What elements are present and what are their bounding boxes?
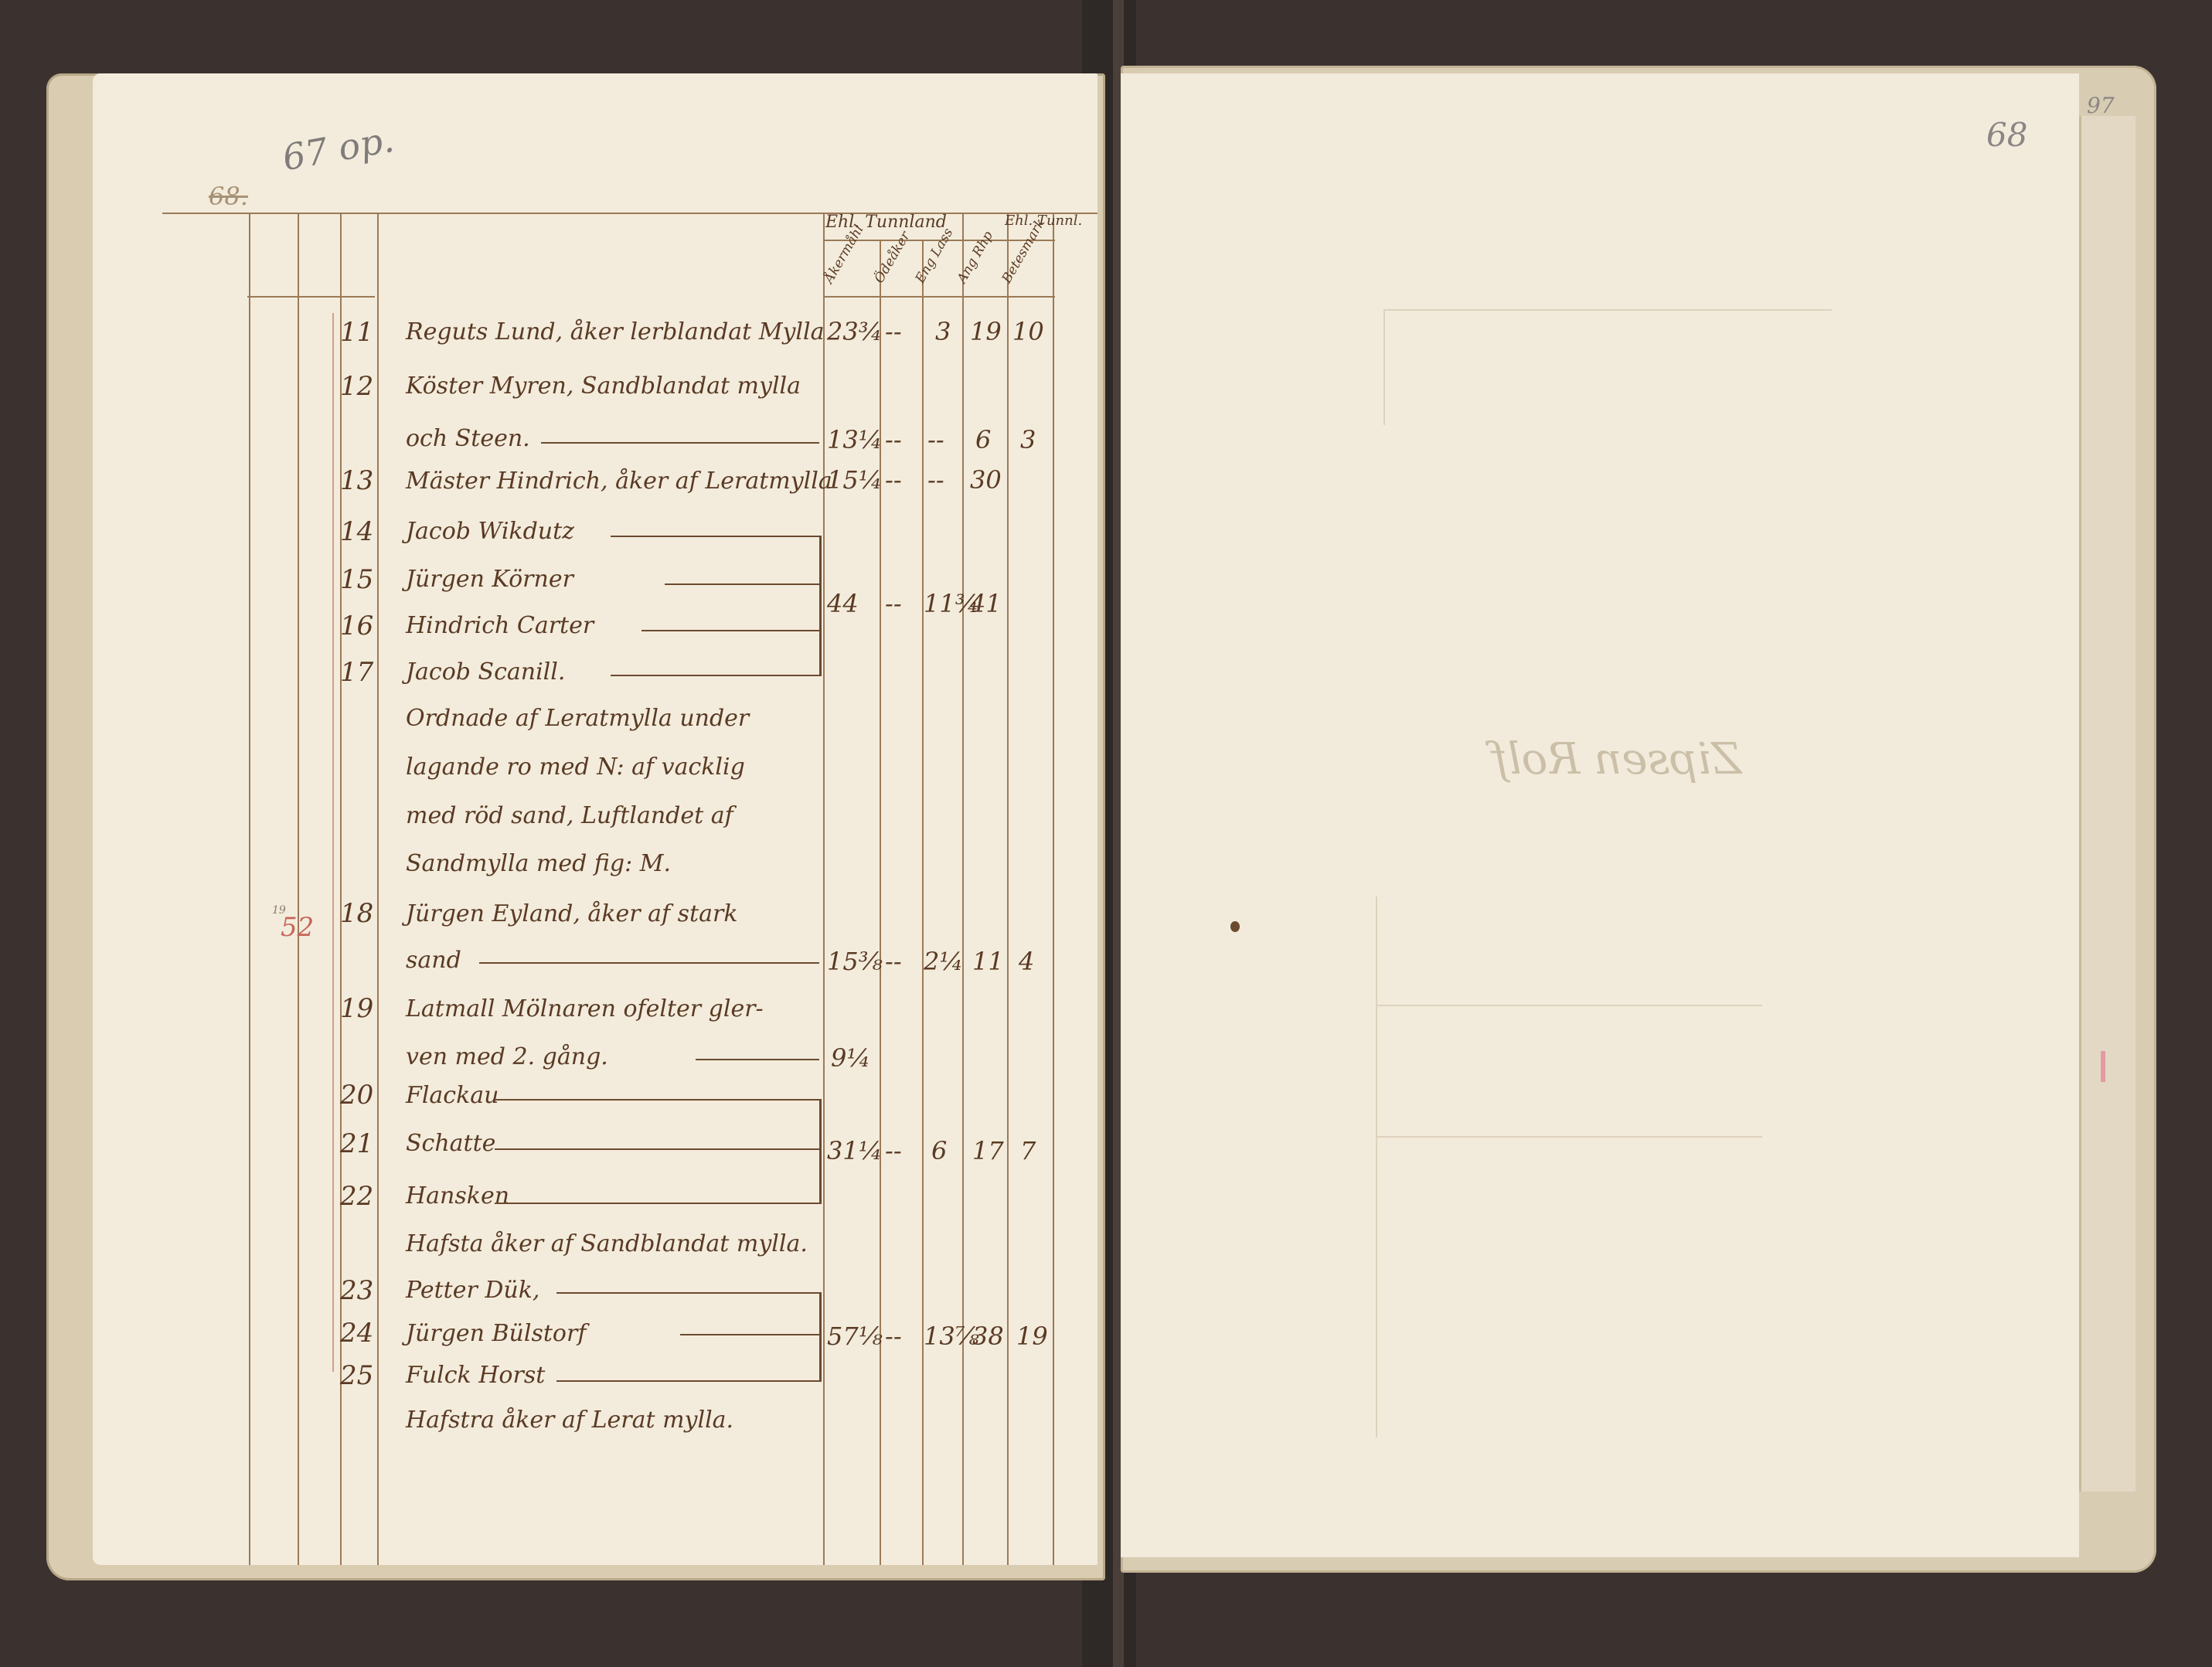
value-c5: 4 (1019, 947, 1034, 976)
value-c1: 13¼ (827, 425, 883, 454)
entry-text: och Steen. (406, 425, 530, 452)
bracket-group-b (495, 1099, 822, 1204)
show-through-line (1383, 309, 1832, 311)
value-c4: 30 (970, 465, 1002, 495)
value-c4: 6 (975, 425, 991, 454)
group-b-value-c5: 7 (1020, 1136, 1036, 1165)
corner-pencil-number: 97 (2087, 93, 2115, 118)
entry-number: 25 (340, 1360, 373, 1391)
entry-number: 13 (340, 465, 373, 496)
entry-text: Fulck Horst (406, 1362, 545, 1389)
folio-crossed: 68. (209, 182, 248, 211)
entry-text: Latmall Mölnaren ofelter gler- (406, 995, 764, 1022)
group-c-value-c3: 13⅞ (924, 1322, 979, 1351)
value-c4: 11 (972, 947, 1004, 976)
small-margin-note: 19 (272, 904, 286, 917)
value-c5: 3 (1020, 425, 1036, 454)
entry-text: Jürgen Körner (406, 566, 573, 593)
entry-text: Jacob Wikdutz (406, 518, 574, 545)
right-page (1121, 73, 2079, 1557)
value-c3: 3 (935, 317, 951, 346)
value-col-line-3 (922, 240, 924, 1565)
entry-text: ven med 2. gång. (406, 1043, 608, 1070)
entry-number: 19 (340, 993, 373, 1024)
value-c3: -- (927, 425, 944, 454)
margin-line-1 (249, 213, 250, 1565)
entry-number: 23 (340, 1275, 373, 1306)
group-b-value-c1: 31¼ (827, 1136, 883, 1165)
number-column-line (377, 213, 379, 1565)
entry-text: Jacob Scanill. (406, 658, 565, 686)
value-c3: -- (927, 465, 944, 495)
entry-text: Sandmylla med fig: M. (406, 850, 671, 877)
leader-line (696, 1059, 819, 1060)
group-a-value-c1: 44 (827, 589, 859, 618)
value-c2: -- (885, 465, 902, 495)
value-c1: 9¼ (831, 1043, 870, 1073)
group-b-value-c3: 6 (931, 1136, 947, 1165)
red-mark-edge (2101, 1051, 2105, 1082)
leader-line (495, 1148, 819, 1150)
leader-line (665, 583, 819, 585)
entry-text: Köster Myren, Sandblandat mylla (406, 373, 801, 400)
value-col-line-1 (823, 213, 825, 1565)
entry-text: Ordnade af Leratmylla under (406, 705, 749, 732)
entry-text: med röd sand, Luftlandet af (406, 802, 733, 829)
show-through-line (1376, 1136, 1762, 1138)
leader-line (479, 962, 819, 964)
value-col-line-6 (1053, 213, 1054, 1565)
entry-number: 16 (340, 611, 373, 641)
top-rule (162, 213, 1097, 214)
value-c1: 15⅜ (827, 947, 883, 976)
red-margin-line (332, 313, 334, 1372)
group-b-value-c2: -- (885, 1136, 902, 1165)
value-c2: -- (885, 317, 902, 346)
entry-text: sand (406, 947, 461, 974)
right-folio: 68 (1986, 116, 2027, 154)
ink-spot (1230, 921, 1240, 932)
group-b-value-c4: 17 (972, 1136, 1004, 1165)
value-c1: 23¾ (827, 317, 883, 346)
value-c5: 10 (1012, 317, 1044, 346)
group-c-value-c2: -- (885, 1322, 902, 1351)
group-c-value-c5: 19 (1016, 1322, 1048, 1351)
entry-text: Hafstra åker af Lerat mylla. (406, 1407, 733, 1434)
entry-number: 12 (340, 371, 373, 402)
show-through-line (1376, 896, 1377, 1437)
entry-text: lagande ro med N: af vacklig (406, 754, 745, 781)
entry-text: Hindrich Carter (406, 612, 594, 639)
margin-line-2 (298, 213, 299, 1565)
show-through-heading: Zipsen Rolf (1492, 734, 1741, 784)
entry-number: 15 (340, 564, 373, 595)
group-a-value-c4: 41 (970, 589, 1002, 618)
value-c2: -- (885, 425, 902, 454)
value-c2: -- (885, 947, 902, 976)
value-c1: 15¼ (827, 465, 883, 495)
left-box-rule (247, 296, 375, 298)
red-margin-note: 52 (281, 912, 314, 943)
value-c3: 2¼ (924, 947, 963, 976)
leader-line (541, 442, 819, 444)
header-rule-2 (823, 296, 1055, 298)
entry-text: Schatte (406, 1130, 495, 1157)
group-a-value-c2: -- (885, 589, 902, 618)
entry-number: 18 (340, 898, 373, 929)
bracket-group-a (611, 536, 822, 676)
group-c-value-c1: 57⅛ (827, 1322, 883, 1351)
bracket-group-c (556, 1292, 822, 1382)
entry-number: 17 (340, 657, 373, 688)
value-col-line-4 (962, 213, 964, 1565)
leader-line (641, 630, 819, 631)
entry-text: Jürgen Eyland, åker af stark (406, 900, 738, 927)
entry-text: Mäster Hindrich, åker af Leratmylla (406, 468, 832, 495)
leader-line (680, 1334, 819, 1335)
header-group1: Ehl. Tunnland (825, 213, 947, 232)
entry-number: 24 (340, 1318, 373, 1349)
entry-text: Reguts Lund, åker lerblandat Mylla (406, 318, 825, 345)
entry-number: 22 (340, 1181, 373, 1212)
entry-text: Flackau (406, 1082, 499, 1109)
entry-text: Hansken (406, 1182, 509, 1209)
entry-number: 14 (340, 516, 373, 547)
value-c4: 19 (970, 317, 1002, 346)
entry-text: Petter Dük, (406, 1277, 539, 1304)
show-through-line (1383, 309, 1385, 425)
entry-text: Hafsta åker af Sandblandat mylla. (406, 1230, 808, 1257)
show-through-line (1376, 1005, 1762, 1006)
value-col-line-5 (1007, 213, 1009, 1565)
entry-number: 20 (340, 1080, 373, 1111)
entry-number: 11 (340, 317, 373, 348)
group-c-value-c4: 38 (972, 1322, 1004, 1351)
right-page-edges (2079, 116, 2135, 1492)
entry-number: 21 (340, 1128, 373, 1159)
